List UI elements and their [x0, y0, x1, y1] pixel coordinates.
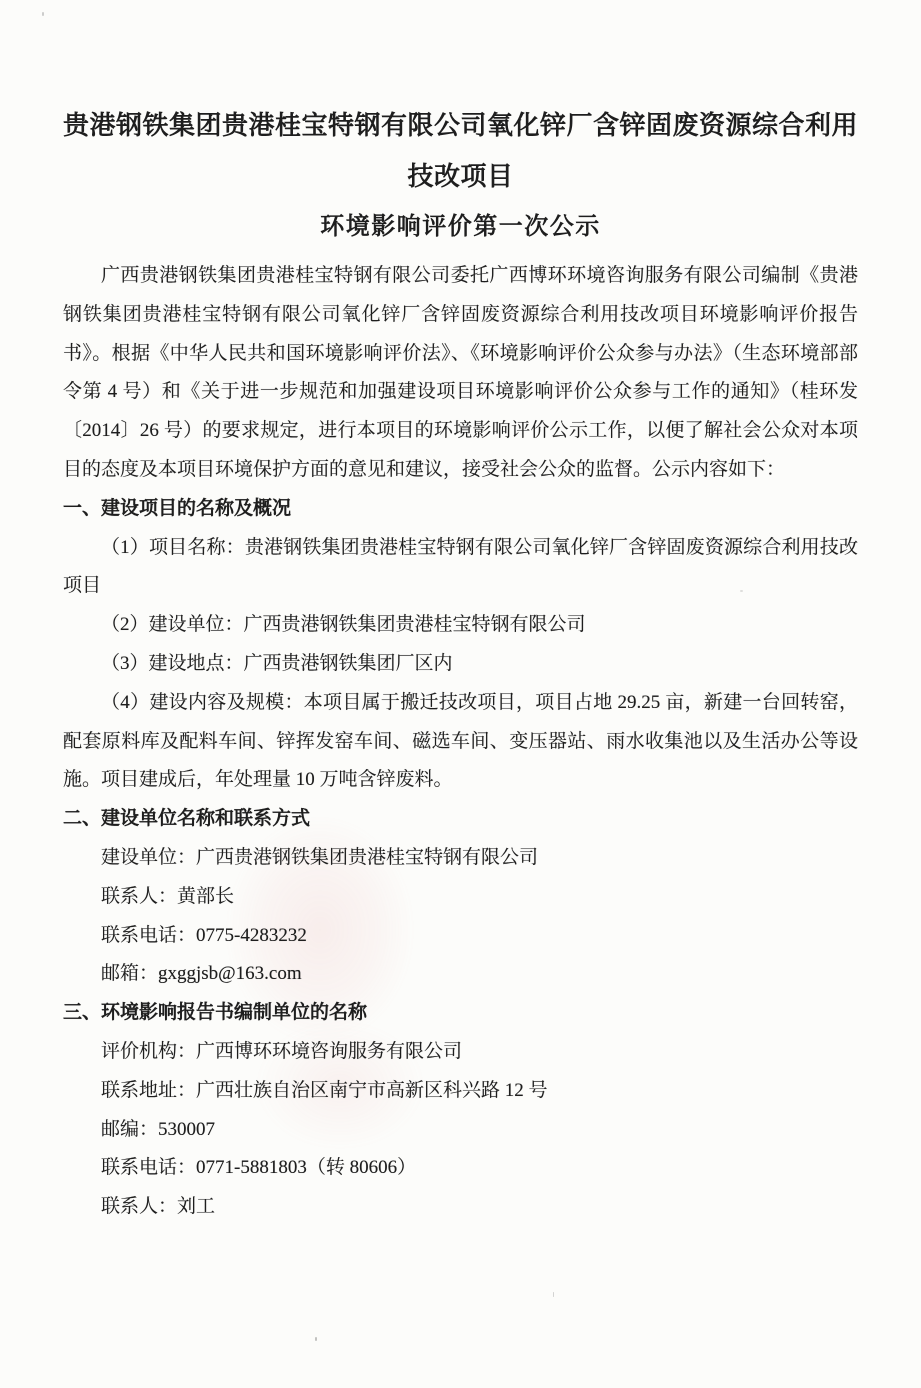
section-2-line-email: 邮箱：gxggjsb@163.com — [63, 955, 858, 994]
document-title-line-1: 贵港钢铁集团贵港桂宝特钢有限公司氧化锌厂含锌固废资源综合利用 — [63, 100, 858, 151]
intro-paragraph: 广西贵港钢铁集团贵港桂宝特钢有限公司委托广西博环环境咨询服务有限公司编制《贵港钢… — [63, 257, 858, 490]
section-2-heading: 二、建设单位名称和联系方式 — [63, 800, 858, 839]
section-3-line-contact-person: 联系人：刘工 — [63, 1188, 858, 1227]
section-3-line-phone: 联系电话：0771-5881803（转 80606） — [63, 1149, 858, 1188]
document-title-line-2: 技改项目 — [63, 151, 858, 202]
section-1-item-scope: （4）建设内容及规模：本项目属于搬迁技改项目，项目占地 29.25 亩，新建一台… — [63, 684, 858, 800]
section-1-heading: 一、建设项目的名称及概况 — [63, 490, 858, 529]
scanned-document-page: 贵港钢铁集团贵港桂宝特钢有限公司氧化锌厂含锌固废资源综合利用 技改项目 环境影响… — [0, 0, 921, 1388]
document-subtitle: 环境影响评价第一次公示 — [63, 202, 858, 252]
document-content: 贵港钢铁集团贵港桂宝特钢有限公司氧化锌厂含锌固废资源综合利用 技改项目 环境影响… — [63, 0, 858, 1227]
section-3-line-address: 联系地址：广西壮族自治区南宁市高新区科兴路 12 号 — [63, 1072, 858, 1111]
scan-speck — [553, 1292, 554, 1297]
section-1-item-project-name: （1）项目名称：贵港钢铁集团贵港桂宝特钢有限公司氧化锌厂含锌固废资源综合利用技改… — [63, 529, 858, 607]
document-body: 广西贵港钢铁集团贵港桂宝特钢有限公司委托广西博环环境咨询服务有限公司编制《贵港钢… — [63, 257, 858, 1227]
section-1-item-location: （3）建设地点：广西贵港钢铁集团厂区内 — [63, 645, 858, 684]
scan-speck — [315, 1337, 317, 1341]
section-2-line-phone: 联系电话：0775-4283232 — [63, 917, 858, 956]
section-1-item-construction-unit: （2）建设单位：广西贵港钢铁集团贵港桂宝特钢有限公司 — [63, 606, 858, 645]
scan-speck — [42, 12, 44, 16]
section-3-heading: 三、环境影响报告书编制单位的名称 — [63, 994, 858, 1033]
section-3-line-agency: 评价机构：广西博环环境咨询服务有限公司 — [63, 1033, 858, 1072]
section-2-line-company: 建设单位：广西贵港钢铁集团贵港桂宝特钢有限公司 — [63, 839, 858, 878]
section-2-line-contact-person: 联系人：黄部长 — [63, 878, 858, 917]
section-3-line-postcode: 邮编：530007 — [63, 1111, 858, 1150]
document-title: 贵港钢铁集团贵港桂宝特钢有限公司氧化锌厂含锌固废资源综合利用 技改项目 — [63, 100, 858, 202]
